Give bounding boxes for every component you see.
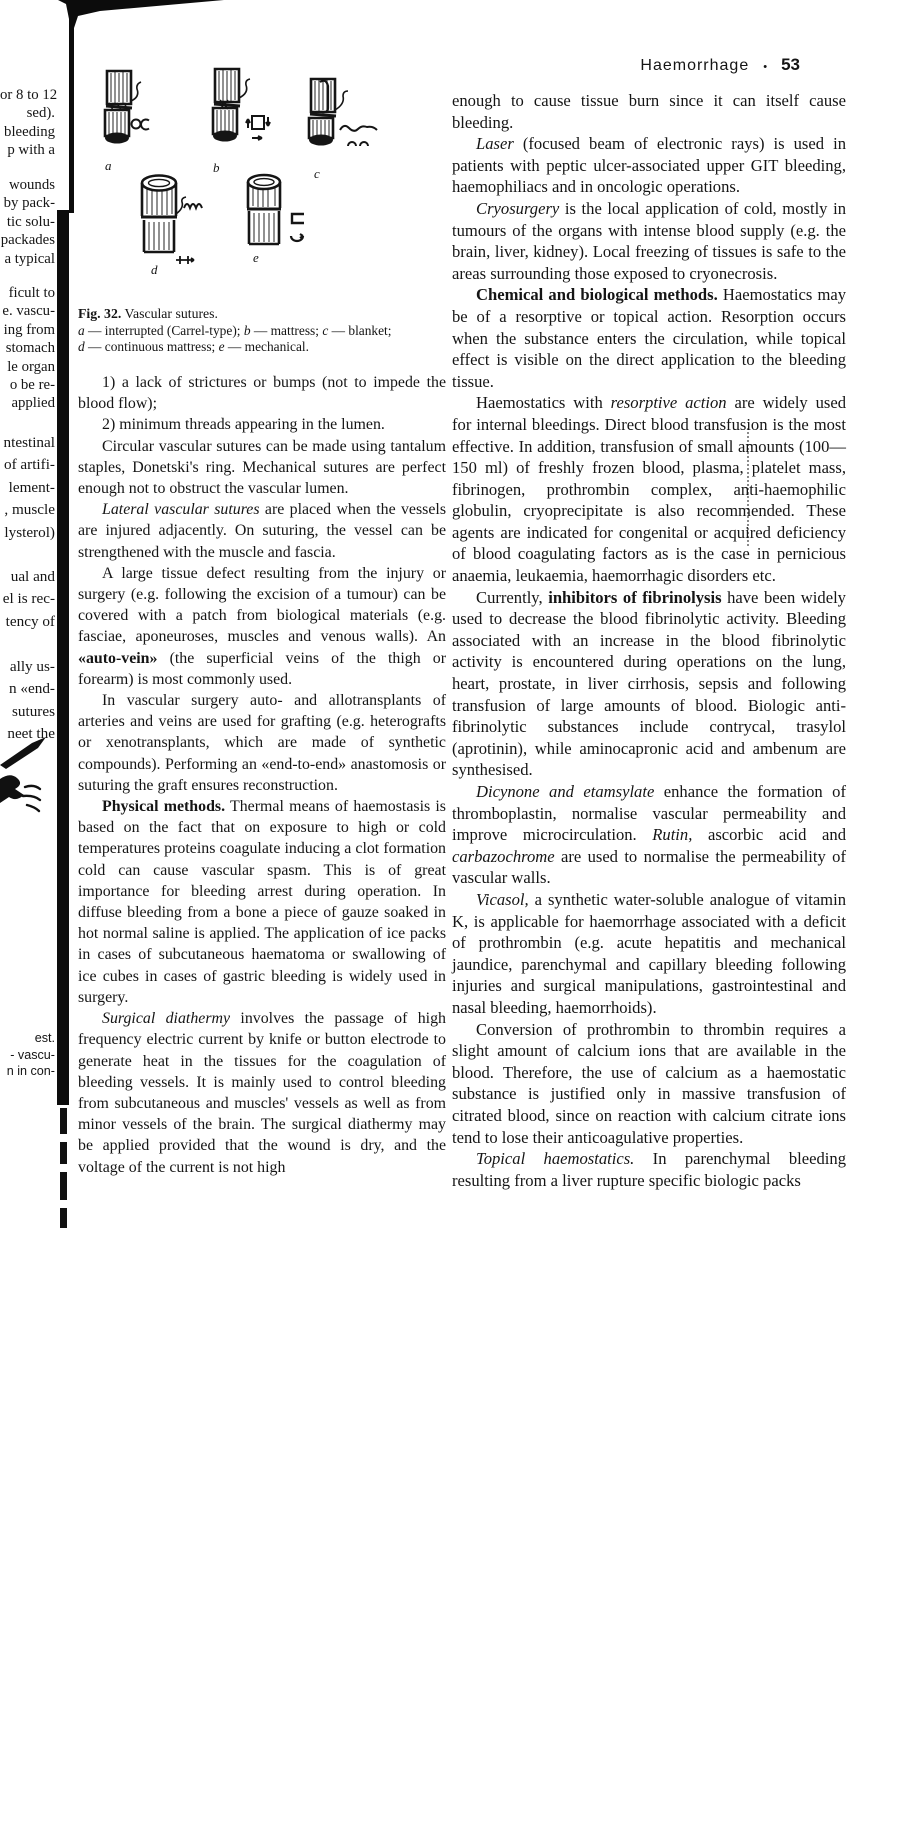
fragment-line: lement-	[0, 477, 55, 499]
fragment-line: a typical	[0, 250, 55, 268]
text-run: a	[78, 323, 85, 338]
text-run: resorptive action	[611, 393, 727, 412]
spine-shadow-dash	[60, 1208, 67, 1228]
paragraph: Surgical diathermy involves the passage …	[78, 1008, 446, 1178]
figure-32: a b c d e	[78, 58, 448, 302]
fragment-line: ntestinal	[0, 432, 55, 454]
paragraph: Dicynone and etamsylate enhance the form…	[452, 781, 846, 889]
spine-shadow-wedge	[0, 0, 240, 40]
paragraph: Lateral vascular sutures are placed when…	[78, 499, 446, 563]
paragraph: Currently, inhibitors of fibrinolysis ha…	[452, 587, 846, 781]
figure-label-b: b	[213, 160, 220, 176]
right-column: enough to cause tissue burn since it can…	[452, 90, 846, 1191]
figure-label-c: c	[314, 166, 320, 182]
figure-caption-title: Fig. 32. Vascular sutures.	[78, 306, 448, 323]
hand-with-scalpel-drawing-fragment	[0, 735, 58, 820]
paragraph: Vicasol, a synthetic water-soluble analo…	[452, 889, 846, 1019]
fragment-line: le organ	[0, 358, 55, 376]
fragment-line: bleeding	[0, 123, 55, 141]
fragment-line: or 8 to 12	[0, 86, 55, 104]
paragraph: Laser (focused beam of electronic rays) …	[452, 133, 846, 198]
text-run: Conversion of prothrombin to thrombin re…	[452, 1020, 846, 1147]
text-run: carbazochrome	[452, 847, 555, 866]
figure-caption-key-line: a — interrupted (Carrel-type); b — mattr…	[78, 323, 448, 340]
fragment-line: - vascu-	[0, 1047, 55, 1064]
text-run: 1) a lack of strictures or bumps (not to…	[78, 374, 446, 412]
text-run: involves the passage of high frequency e…	[78, 1010, 446, 1175]
spine-shadow-dash	[60, 1108, 67, 1134]
text-run: — blanket;	[328, 323, 391, 338]
figure-label-a: a	[105, 158, 112, 174]
paragraph: Cryosurgery is the local application of …	[452, 198, 846, 284]
fragment-line: of artifi-	[0, 454, 55, 476]
text-run: Vascular sutures.	[121, 306, 218, 321]
spine-shadow-dash	[60, 1142, 67, 1164]
fragment-line: e. vascu-	[0, 302, 55, 320]
fragment-line: el is rec-	[0, 588, 55, 610]
paragraph: enough to cause tissue burn since it can…	[452, 90, 846, 133]
text-run: — continuous mattress;	[85, 339, 219, 354]
facing-page-text-fragment: woundsby pack-tic solu-packadesa typical	[0, 176, 55, 268]
vessel-mechanical-suture-illustration	[234, 172, 318, 258]
fragment-line: wounds	[0, 176, 55, 194]
text-run: Rutin,	[652, 825, 692, 844]
fragment-line: ficult to	[0, 284, 55, 302]
fragment-line: applied	[0, 394, 55, 412]
fragment-line: tic solu-	[0, 213, 55, 231]
figure-label-e: e	[253, 250, 259, 266]
facing-page-text-fragment: ally us-n «end-suturesneet the	[0, 656, 55, 746]
text-run: b	[244, 323, 251, 338]
paragraph: A large tissue defect resulting from the…	[78, 563, 446, 690]
text-run: Circular vascular sutures can be made us…	[78, 438, 446, 497]
running-title: Haemorrhage	[640, 57, 749, 75]
spine-shadow-dash	[60, 1172, 67, 1200]
book-page: Haemorrhage • 53 or 8 to 12sed).bleeding…	[0, 0, 899, 1836]
fragment-line: lysterol)	[0, 522, 55, 544]
text-run: Surgical diathermy	[102, 1010, 230, 1027]
text-run: d	[78, 339, 85, 354]
fragment-line: packades	[0, 231, 55, 249]
text-run: Chemical and biological methods.	[476, 285, 718, 304]
fragment-line: tency of	[0, 611, 55, 633]
paragraph: 1) a lack of strictures or bumps (not to…	[78, 372, 446, 414]
header-separator-dot: •	[763, 61, 767, 73]
paragraph: Conversion of prothrombin to thrombin re…	[452, 1019, 846, 1149]
fragment-line: sutures	[0, 701, 55, 723]
fragment-line: n «end-	[0, 678, 55, 700]
text-run: 2) minimum threads appearing in the lume…	[102, 416, 385, 433]
fragment-line: ing from	[0, 321, 55, 339]
text-run: «auto-vein»	[78, 650, 157, 667]
fragment-line: ally us-	[0, 656, 55, 678]
text-run: Fig. 32.	[78, 306, 121, 321]
paragraph: 2) minimum threads appearing in the lume…	[78, 414, 446, 435]
vessel-mattress-suture-illustration	[194, 66, 280, 164]
fragment-line: p with a	[0, 141, 55, 159]
page-number: 53	[781, 55, 800, 75]
facing-page-text-fragment: ual andel is rec-tency of	[0, 566, 55, 633]
facing-page-text-fragment: est.- vascu-n in con-	[0, 1030, 55, 1080]
vessel-blanket-suture-illustration	[290, 76, 390, 168]
text-run: A large tissue defect resulting from the…	[78, 565, 446, 646]
text-run: Dicynone and etamsylate	[476, 782, 654, 801]
spine-shadow-bar	[57, 210, 69, 1105]
fragment-line: , muscle	[0, 499, 55, 521]
paragraph: Circular vascular sutures can be made us…	[78, 436, 446, 500]
fragment-line: stomach	[0, 339, 55, 357]
text-run: Physical methods.	[102, 798, 225, 815]
text-run: Cryosurgery	[476, 199, 559, 218]
text-run: Haemostatics with	[476, 393, 611, 412]
facing-page-text-fragment: ficult toe. vascu-ing fromstomachle orga…	[0, 284, 55, 413]
figure-label-d: d	[151, 262, 158, 278]
paragraph: Haemostatics with resorptive action are …	[452, 392, 846, 586]
text-run: — interrupted (Carrel-type);	[85, 323, 244, 338]
figure-caption-key-line: d — continuous mattress; e — mechanical.	[78, 339, 448, 356]
fragment-line: est.	[0, 1030, 55, 1047]
facing-page-text-fragment: ntestinalof artifi-lement-, musclelyster…	[0, 432, 55, 544]
paragraph: Physical methods. Thermal means of haemo…	[78, 796, 446, 1008]
text-run: In vascular surgery auto- and allotransp…	[78, 692, 446, 794]
text-run: are widely used for internal bleedings. …	[452, 393, 846, 585]
spine-shadow-line	[69, 8, 74, 213]
paragraph: Chemical and biological methods. Haemost…	[452, 284, 846, 392]
fragment-line: ual and	[0, 566, 55, 588]
text-run: Laser	[476, 134, 514, 153]
fragment-line: o be re-	[0, 376, 55, 394]
text-run: ascorbic acid and	[692, 825, 846, 844]
vessel-continuous-mattress-suture-illustration	[128, 172, 220, 268]
text-run: have been widely used to decrease the bl…	[452, 588, 846, 780]
facing-page-text-fragment: or 8 to 12sed).bleedingp with a	[0, 86, 55, 160]
page-header: Haemorrhage • 53	[452, 55, 800, 75]
text-run: — mechanical.	[225, 339, 309, 354]
fragment-line: sed).	[0, 104, 55, 122]
text-run: a synthetic water-soluble analogue of vi…	[452, 890, 846, 1017]
text-run: Vicasol,	[476, 890, 529, 909]
vessel-interrupted-suture-illustration	[86, 68, 158, 164]
text-run: inhibitors of fibrinolysis	[548, 588, 721, 607]
text-run: Currently,	[476, 588, 548, 607]
figure-caption: Fig. 32. Vascular sutures. a — interrupt…	[78, 306, 448, 356]
paragraph: Topical haemostatics. In parenchymal ble…	[452, 1148, 846, 1191]
fragment-line: by pack-	[0, 194, 55, 212]
text-run: enough to cause tissue burn since it can…	[452, 91, 846, 132]
text-run: Thermal means of haemostasis is based on…	[78, 798, 446, 1006]
text-run: — mattress;	[251, 323, 323, 338]
paragraph: In vascular surgery auto- and allotransp…	[78, 690, 446, 796]
text-run: Lateral vascular sutures	[102, 501, 260, 518]
fragment-line: n in con-	[0, 1063, 55, 1080]
left-column: 1) a lack of strictures or bumps (not to…	[78, 372, 446, 1178]
text-run: Topical haemostatics.	[476, 1149, 634, 1168]
